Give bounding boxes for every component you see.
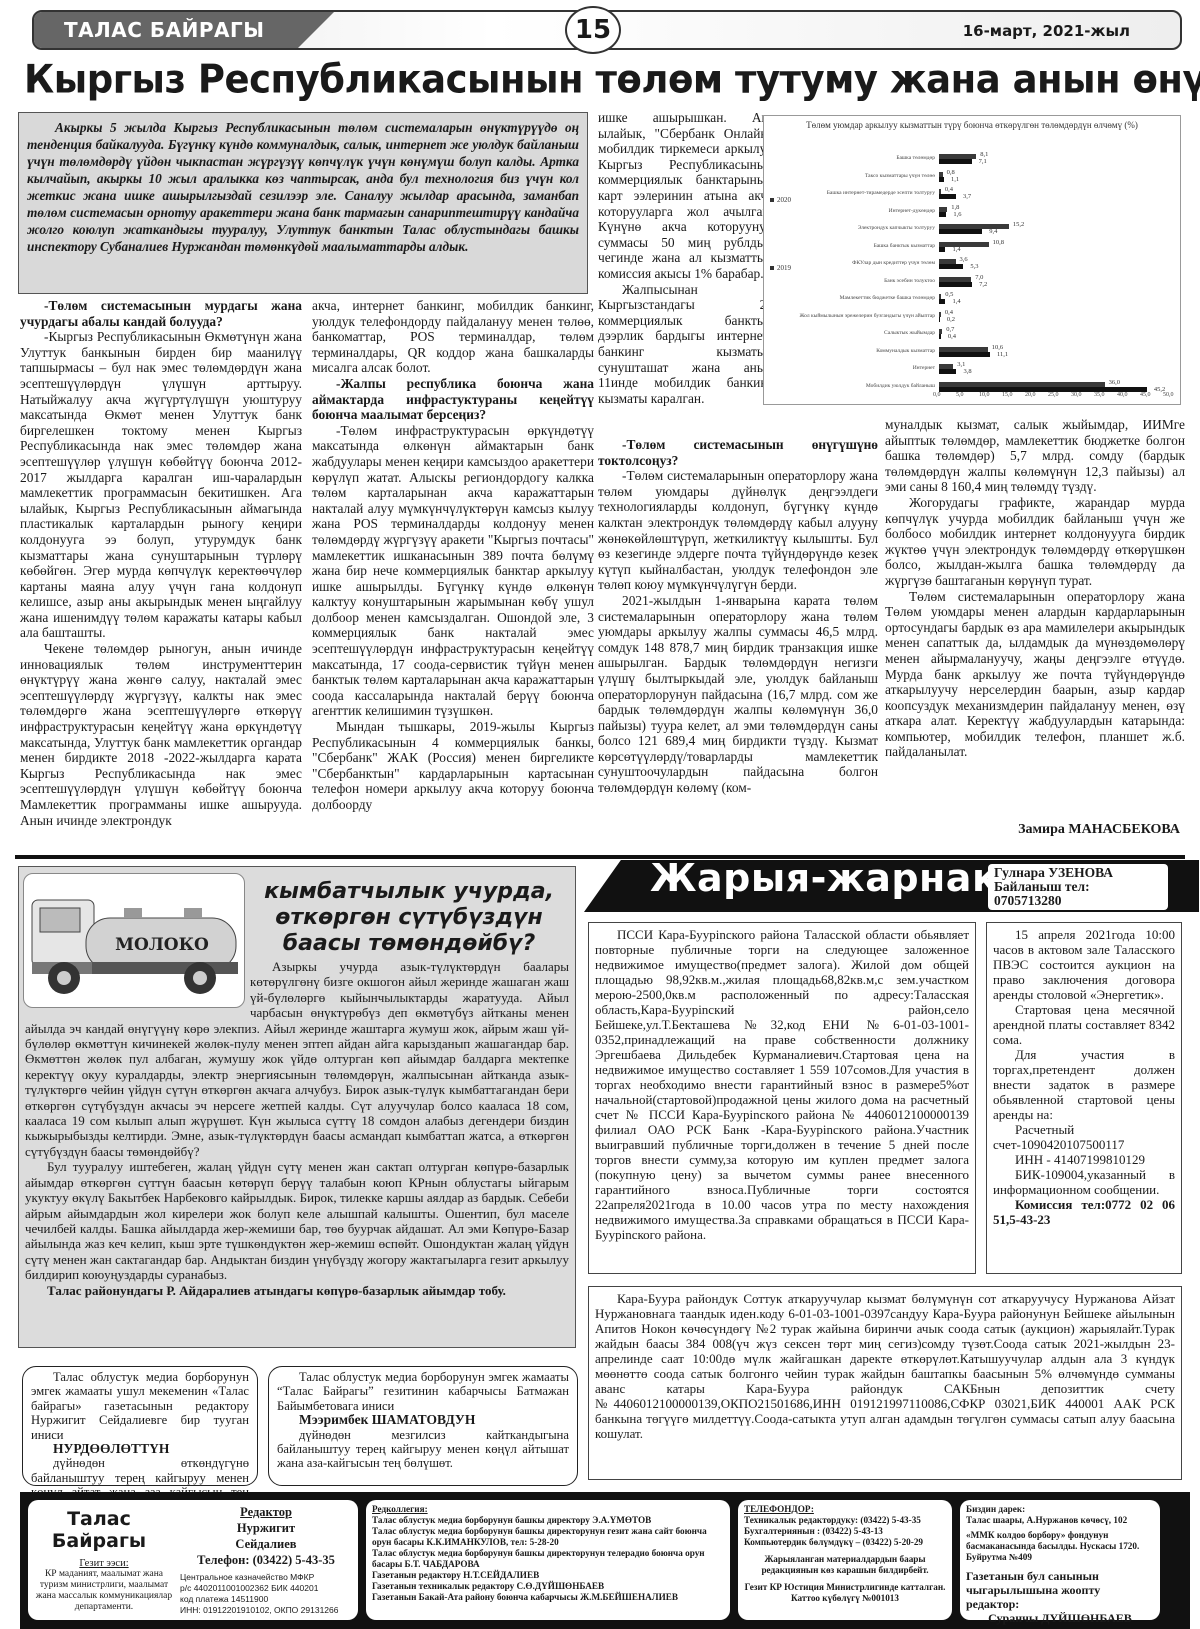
svg-text:МОЛОКО: МОЛОКО xyxy=(115,935,209,955)
interview-question: -Жалпы республика боюнча жана аймактарда… xyxy=(312,376,594,423)
article-column-3-bottom: -Төлөм системасынын өнүгүшүнө токтолсоңу… xyxy=(598,437,878,796)
footer-owner: Гезит ээси: КР маданият, маалымат жана т… xyxy=(34,1558,174,1613)
chart-value-label: 1,6 xyxy=(953,211,961,218)
commission-phone: Комиссия тел:0772 02 06 51,5-43-23 xyxy=(993,1197,1175,1227)
chart-value-label: 3,1 xyxy=(957,361,965,368)
chart-bar-2019 xyxy=(939,177,944,182)
payments-chart: Төлөм уюмдар аркылуу кызматтын түрү боюн… xyxy=(763,115,1181,405)
paragraph: Чекене төлөмдөр рыногун, анын ичинде инн… xyxy=(20,641,302,828)
article-lead: Акыркы 5 жылда Кыргыз Республикасынын тө… xyxy=(18,112,588,294)
footer-publisher-box: ТаласБайрагы Гезит ээси: КР маданият, ма… xyxy=(28,1500,358,1620)
chart-category-label: Салыктык жыйымдар xyxy=(764,330,935,336)
chart-category-label: ФКУлар дын кредиттер үчүн төлөм xyxy=(764,260,935,266)
paragraph: Кара-Буура райондук Соттук аткаруучулар … xyxy=(595,1291,1175,1441)
chart-value-label: 7,1 xyxy=(979,158,987,165)
contact-label: Байланыш тел: xyxy=(994,880,1162,894)
chart-value-label: 11,1 xyxy=(997,351,1008,358)
contact-name: Гулнара УЗЕНОВА xyxy=(994,866,1162,880)
ads-banner-title: Жарыя-жарнак xyxy=(650,856,998,900)
paragraph: -Кыргыз Республикасынын Өкмөтүнүн жана У… xyxy=(20,329,302,641)
chart-bar-2019 xyxy=(939,299,945,304)
chart-value-label: 1,8 xyxy=(951,204,959,211)
chart-bar-2019 xyxy=(939,229,982,234)
newspaper-name: ТАЛАС БАЙРАГЫ xyxy=(64,18,264,42)
chart-category-label: Интернет xyxy=(764,365,935,371)
milk-article-body: Азыркы учурда азык-түлүктөрдүн баалары к… xyxy=(25,959,569,1298)
chart-x-tick: 5,0 xyxy=(956,392,964,398)
footer-logo: ТаласБайрагы xyxy=(44,1508,154,1552)
paragraph: 2021-жылдын 1-январына карата төлөм сист… xyxy=(598,593,878,796)
paragraph: Төлөм системаларынын операторлору жана Т… xyxy=(885,589,1185,761)
paragraph: Мындан тышкары, 2019-жылы Кыргыз Республ… xyxy=(312,719,594,813)
chart-value-label: 0,8 xyxy=(947,169,955,176)
paragraph: ПССИ Кара-Буурinского района Таласской о… xyxy=(595,927,969,1242)
paragraph: Для участия в торгах,претендент должен в… xyxy=(993,1047,1175,1122)
chart-bar-2019 xyxy=(939,282,972,287)
interview-question: -Төлөм системасынын мурдагы жана учурдаг… xyxy=(20,298,302,329)
paragraph: Бул тууралуу иштебеген, жалаң үйдүн сүтү… xyxy=(25,1159,569,1282)
chart-value-label: 3,8 xyxy=(963,368,971,375)
chart-bar-2019 xyxy=(939,369,956,374)
article-byline: Замира МАНАСБЕКОВА xyxy=(930,822,1180,838)
chart-value-label: 3,6 xyxy=(960,256,968,263)
paragraph: ишке ашырышкан. Ага ылайык, "Сбербанк Он… xyxy=(598,110,773,282)
chart-category-label: Башка төлөмдөр xyxy=(764,155,935,161)
chart-category-label: Коммуналдык кызматтар xyxy=(764,348,935,354)
chart-value-label: 7,2 xyxy=(979,281,987,288)
chart-category-label: Жол кыймылынын эрежелерин бузгандыгы үчү… xyxy=(764,313,935,319)
chart-value-label: 7,0 xyxy=(975,274,983,281)
condolence-notice-1: Талас облустук медиа борборунун эмгек жа… xyxy=(22,1366,258,1486)
paragraph: Стартовая цена месячной арендной платы с… xyxy=(993,1002,1175,1047)
chart-category-label: Башка интернет-тирамедерде эсепти толтур… xyxy=(764,190,935,196)
announcement-auction-house: ПССИ Кара-Буурinского района Таласской о… xyxy=(588,922,976,1274)
footer-phones: ТЕЛЕФОНДОР: Техникалык редактордуку: (03… xyxy=(738,1500,952,1620)
ads-contact-box: Гулнара УЗЕНОВА Байланыш тел: 0705713280 xyxy=(988,864,1168,910)
chart-value-label: 0,4 xyxy=(945,186,953,193)
paragraph: -Төлөм инфраструктурасын өркүндөтүү макс… xyxy=(312,423,594,719)
chart-category-label: Банк эсебин толуктоо xyxy=(764,278,935,284)
paragraph: ИНН - 41407199810129 xyxy=(993,1152,1175,1167)
chart-value-label: 0,7 xyxy=(946,326,954,333)
chart-category-label: Мобилдик уюлдук байланыш xyxy=(764,383,935,389)
chart-x-tick: 20,0 xyxy=(1025,392,1036,398)
paragraph: 15 апреля 2021года 10:00 часов в актовом… xyxy=(993,927,1175,1002)
chart-bar-2019 xyxy=(939,317,940,322)
chart-value-label: 1,4 xyxy=(952,298,960,305)
chart-x-tick: 40,0 xyxy=(1117,392,1128,398)
chart-value-label: 1,1 xyxy=(951,176,959,183)
footer-address: Биздин дарек: Талас шаары, А.Нуржанов кө… xyxy=(960,1500,1160,1620)
chart-bar-2019 xyxy=(939,387,1147,392)
chart-value-label: 0,2 xyxy=(947,316,955,323)
condolence-notice-2: Талас облустук медиа борборунун эмгек жа… xyxy=(268,1366,578,1486)
chart-category-label: Башка банктык кызматтар xyxy=(764,243,935,249)
paragraph: муналдык кызмат, салык жыйымдар, ИИМге а… xyxy=(885,417,1185,495)
chart-value-label: 10,6 xyxy=(992,344,1003,351)
article-column-1: -Төлөм системасынын мурдагы жана учурдаг… xyxy=(20,298,302,828)
chart-value-label: 9,4 xyxy=(989,228,997,235)
chart-x-tick: 35,0 xyxy=(1094,392,1105,398)
paragraph: Расчетный счет-1090420107500117 xyxy=(993,1122,1175,1152)
chart-bar-2019 xyxy=(939,264,963,269)
chart-x-tick: 15,0 xyxy=(1002,392,1013,398)
chart-value-label: 10,8 xyxy=(993,239,1004,246)
chart-bar-2019 xyxy=(939,194,956,199)
paragraph: Жалпысынан Кыргызстандагы 23 коммерциялы… xyxy=(598,282,773,407)
chart-bar-2020 xyxy=(939,242,989,247)
chart-value-label: 15,2 xyxy=(1013,221,1024,228)
paragraph: БИК-109004,указанный в информационном со… xyxy=(993,1167,1175,1197)
article-column-4: муналдык кызмат, салык жыйымдар, ИИМге а… xyxy=(885,417,1185,760)
issue-date: 16-март, 2021-жыл xyxy=(963,22,1130,40)
footer-bank-details: Центральное казначейство МФКРр/с 4402011… xyxy=(180,1572,356,1616)
chart-x-tick: 45,0 xyxy=(1140,392,1151,398)
footer-editorial-board: Редколлегия: Талас облустук медиа борбор… xyxy=(366,1500,730,1620)
deceased-name: НУРДӨӨЛӨТТҮН xyxy=(31,1442,249,1456)
announcement-canteen-lease: 15 апреля 2021года 10:00 часов в актовом… xyxy=(986,922,1182,1274)
contact-phone: 0705713280 xyxy=(994,894,1162,908)
chart-x-tick: 25,0 xyxy=(1048,392,1059,398)
chart-category-label: Таксо кызматтары үчүн төлөө xyxy=(764,173,935,179)
chart-bar-2019 xyxy=(939,334,941,339)
chart-value-label: 8,1 xyxy=(980,151,988,158)
chart-x-tick: 10,0 xyxy=(979,392,990,398)
chart-bar-2019 xyxy=(939,212,946,217)
main-headline: Кыргыз Республикасынын төлөм тутуму жана… xyxy=(24,57,1184,102)
milk-price-article: МОЛОКО кымбатчылык учурда, өткөргөн сүтү… xyxy=(18,866,576,1348)
article-column-3-top: ишке ашырышкан. Ага ылайык, "Сбербанк Он… xyxy=(598,110,773,406)
chart-value-label: 3,7 xyxy=(963,193,971,200)
section-divider xyxy=(15,855,1185,859)
paragraph: акча, интернет банкинг, мобилдик банкинг… xyxy=(312,298,594,376)
chart-category-label: Мамлекеттик бюджетке башка төлөмдөр xyxy=(764,295,935,301)
milk-article-title: кымбатчылык учурда, өткөргөн сүтүбүздүн … xyxy=(249,879,569,957)
milk-article-signature: Талас районундагы Р. Айдаралиев атындагы… xyxy=(25,1283,569,1298)
paragraph: Жогорудагы графикте, жарандар мурда көпч… xyxy=(885,495,1185,589)
chart-value-label: 5,3 xyxy=(970,263,978,270)
chart-value-label: 36,0 xyxy=(1109,379,1120,386)
chart-x-tick: 0,0 xyxy=(933,392,941,398)
masthead-footer: ТаласБайрагы Гезит ээси: КР маданият, ма… xyxy=(20,1492,1190,1629)
interview-question: -Төлөм системасынын өнүгүшүнө токтолсоңу… xyxy=(598,437,878,468)
chart-bar-2019 xyxy=(939,159,972,164)
article-column-2: акча, интернет банкинг, мобилдик банкинг… xyxy=(312,298,594,813)
footer-editor: Редактор Нуржигит Сейдалиев Телефон: (03… xyxy=(178,1504,354,1568)
chart-bar-2019 xyxy=(939,352,990,357)
announcement-court-auction: Кара-Буура райондук Соттук аткаруучулар … xyxy=(588,1286,1182,1480)
paragraph: -Төлөм системаларынын операторлору жана … xyxy=(598,468,878,593)
page-number: 15 xyxy=(565,6,621,54)
chart-value-label: 1,4 xyxy=(952,246,960,253)
chart-value-label: 0,4 xyxy=(948,333,956,340)
chart-plot-area: Башка төлөмдөр8,17,1Таксо кызматтары үчү… xyxy=(764,116,1180,404)
chart-category-label: Электрондук капчыкты толтуруу xyxy=(764,225,935,231)
chart-category-label: Интернет-дүкөндөр xyxy=(764,208,935,214)
chart-value-label: 0,5 xyxy=(945,291,953,298)
chart-x-tick: 50,0 xyxy=(1163,392,1174,398)
chart-x-tick: 30,0 xyxy=(1071,392,1082,398)
chart-bar-2019 xyxy=(939,247,945,252)
chart-value-label: 0,4 xyxy=(945,309,953,316)
deceased-name: Мээримбек ШАМАТОВДУН xyxy=(277,1413,569,1427)
